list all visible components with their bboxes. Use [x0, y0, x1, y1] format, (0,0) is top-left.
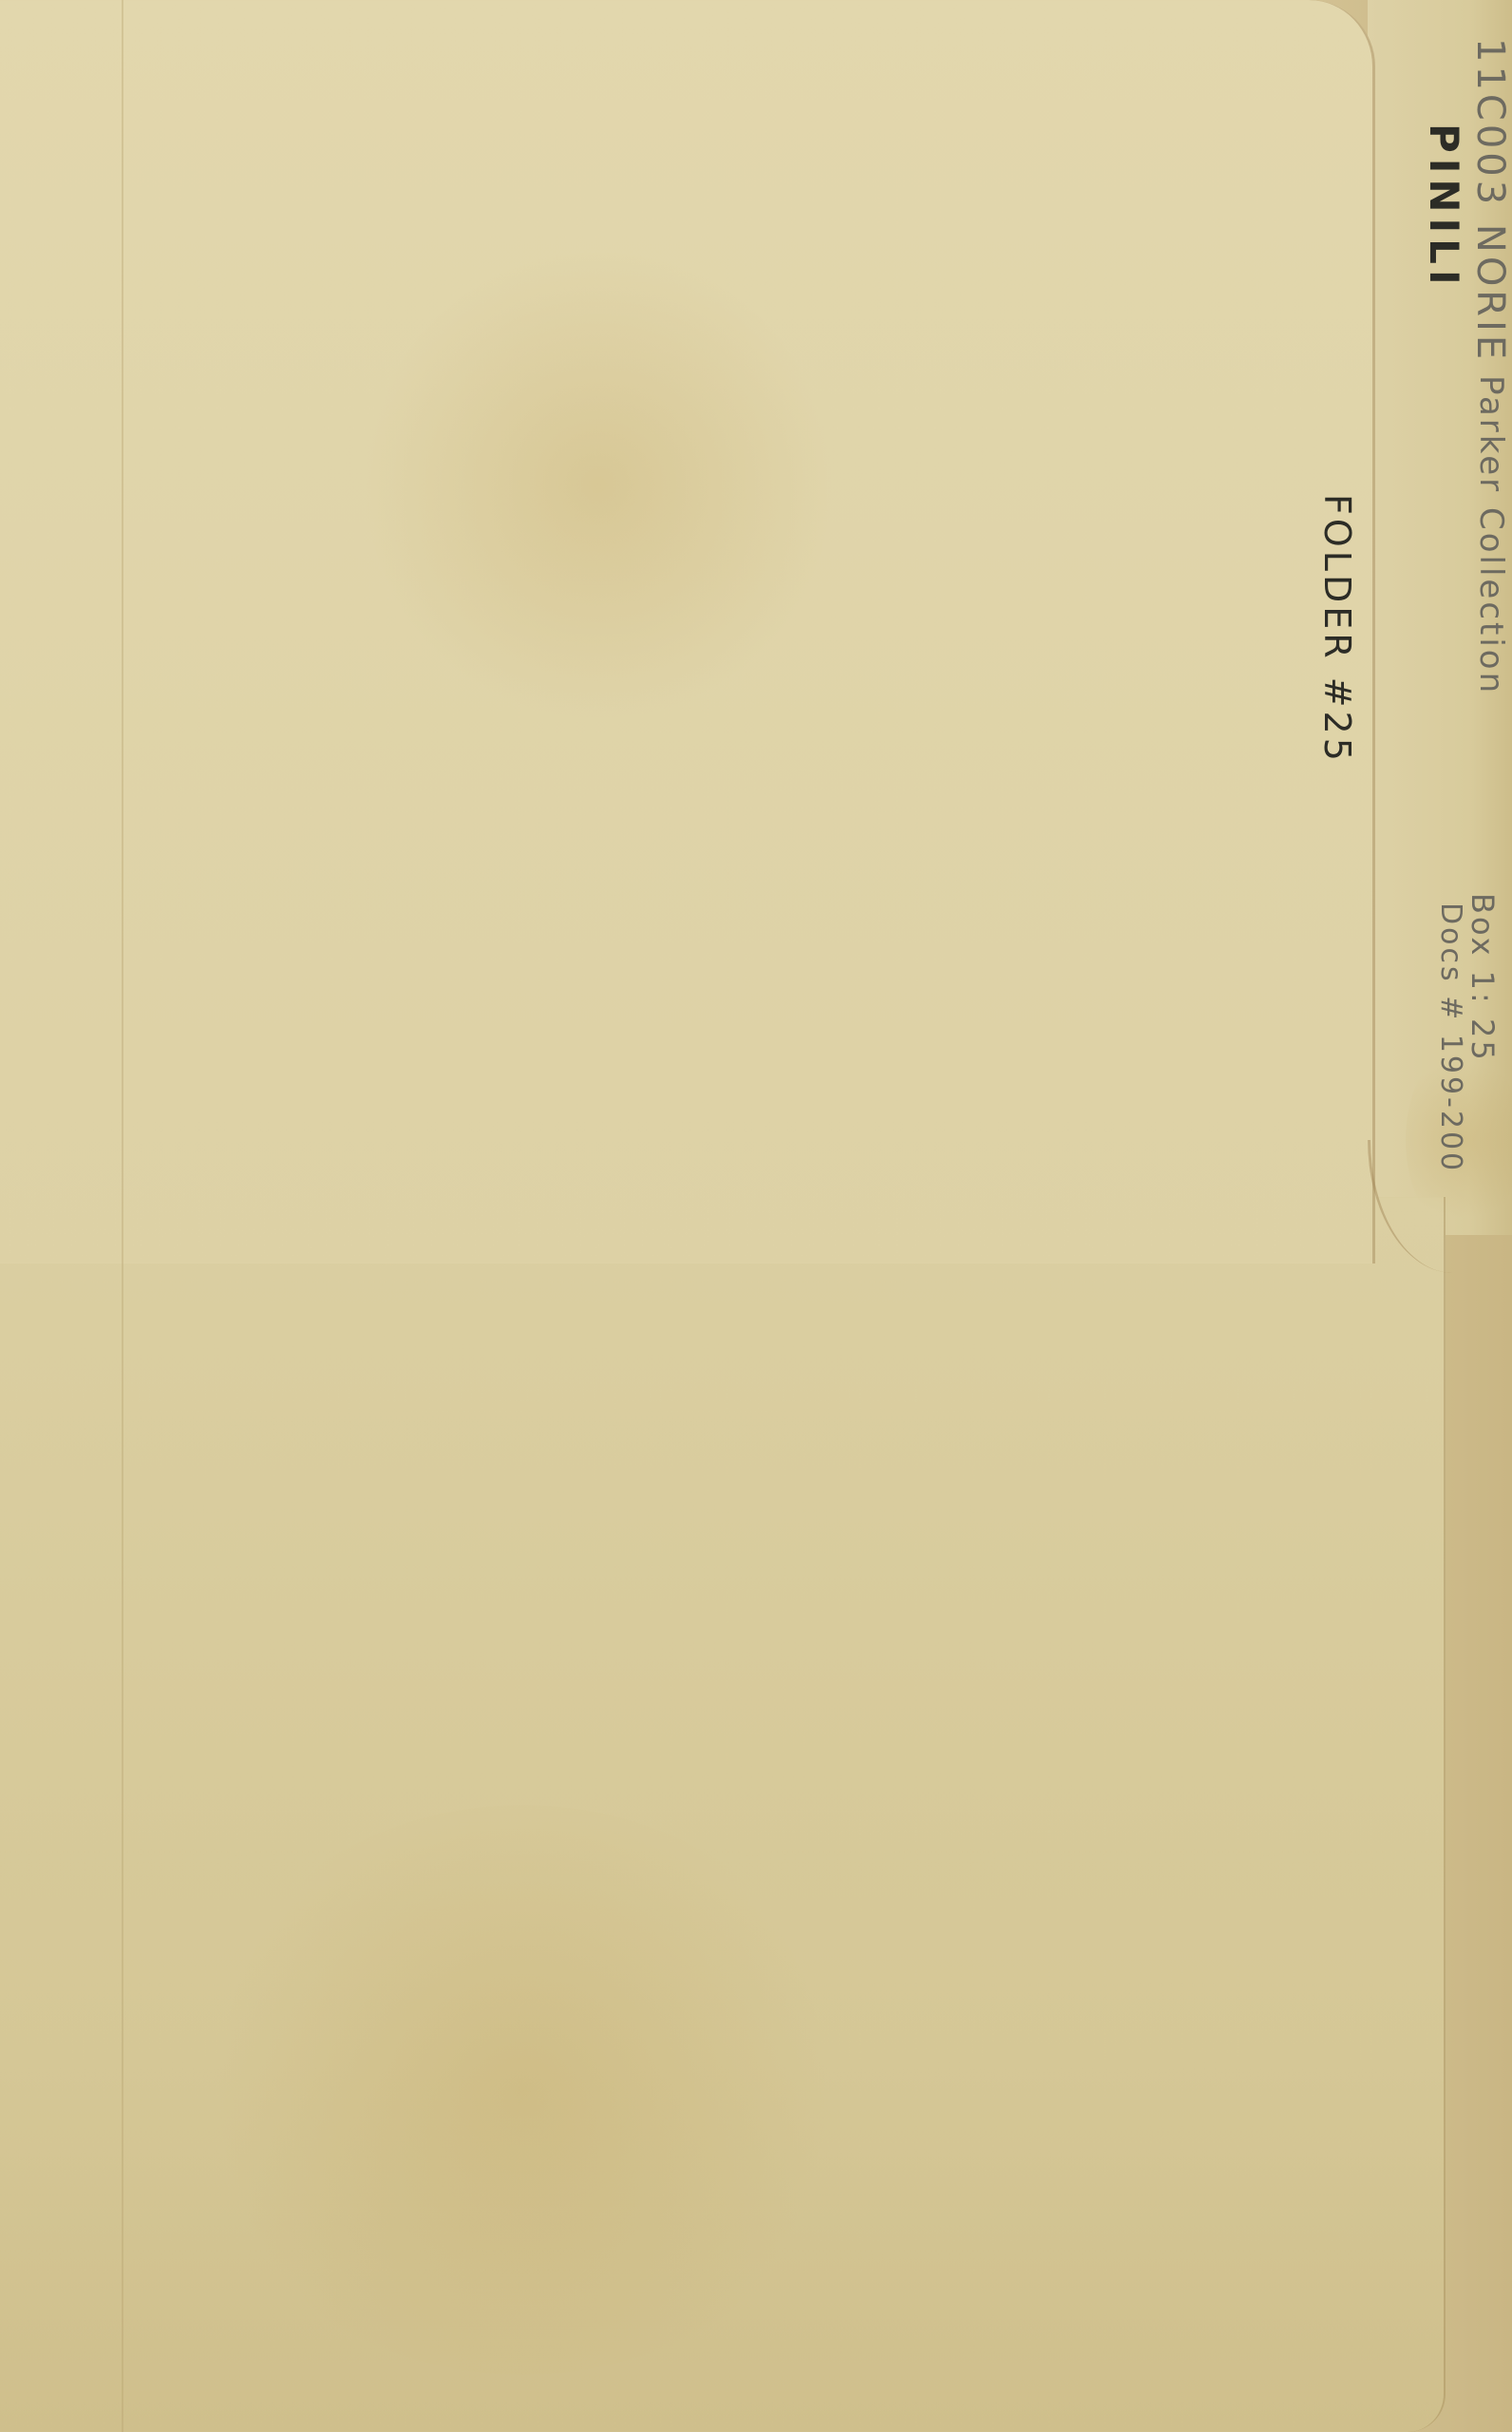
paper-stain: [190, 1805, 855, 2375]
folder-number-label: FOLDER #25: [1316, 494, 1358, 765]
box-label: Box 1: 25: [1465, 893, 1501, 1063]
paper-stain: [361, 247, 836, 722]
accession-label: 11C003 NORIE: [1468, 38, 1512, 363]
collection-label: Parker Collection: [1472, 375, 1510, 695]
folder-crease-line: [122, 0, 123, 2432]
name-label: PINILI: [1421, 123, 1467, 291]
docs-label: Docs # 199-200: [1434, 902, 1467, 1173]
